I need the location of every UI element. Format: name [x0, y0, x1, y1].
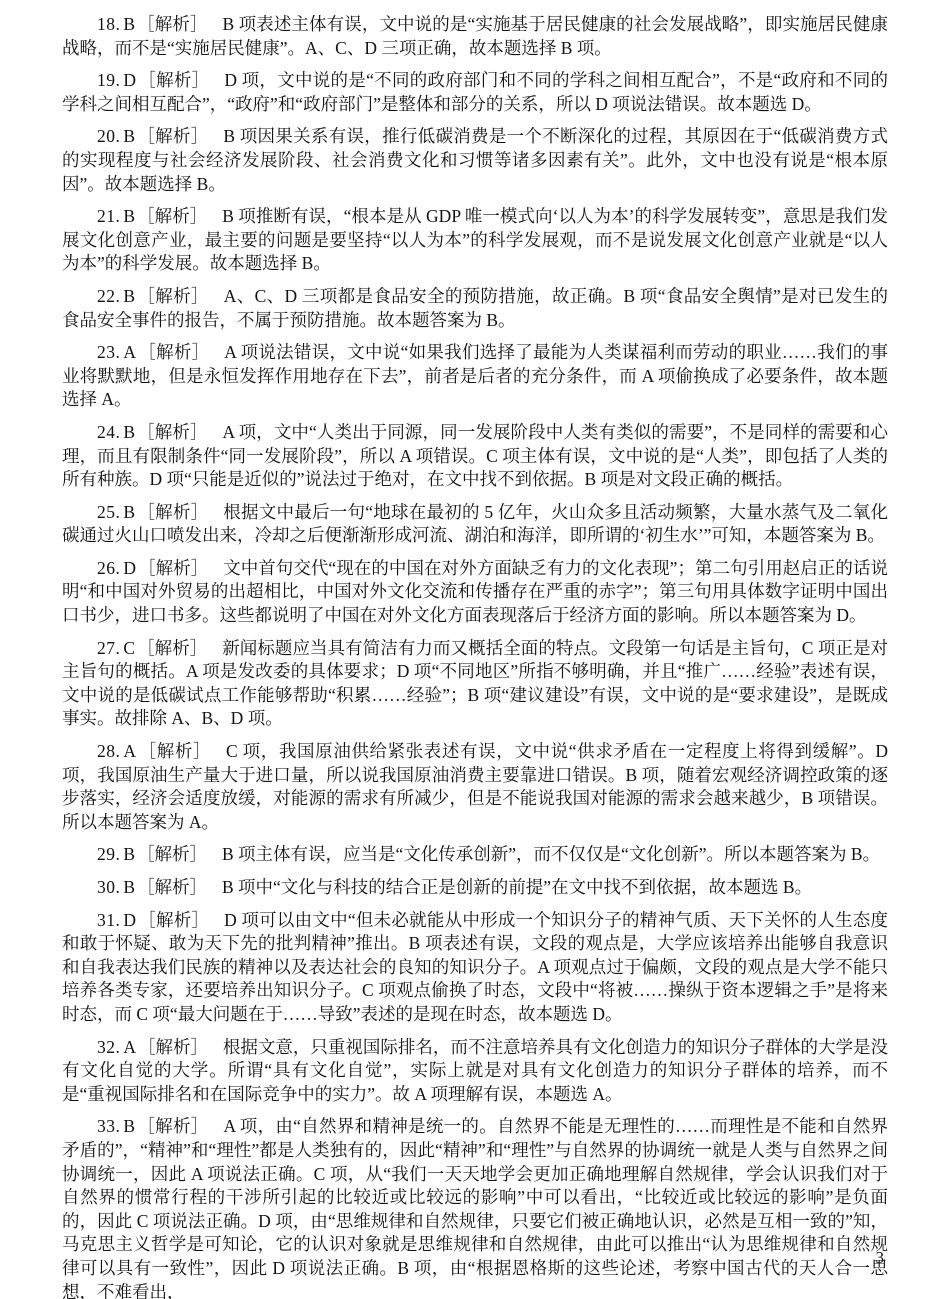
analysis-marker: ［解析］: [137, 206, 207, 226]
analysis-marker: ［解析］: [137, 877, 207, 897]
analysis-marker: ［解析］: [137, 286, 209, 306]
question-number: 21.: [97, 206, 120, 226]
answer-letter: B: [123, 877, 135, 897]
answer-letter: B: [123, 844, 135, 864]
answer-letter: D: [123, 70, 136, 90]
question-number: 24.: [97, 422, 120, 442]
explanation-q24: 24.B［解析］A 项，文中“人类出于同源，同一发展阶段中人类有类似的需要”，不…: [62, 421, 888, 492]
explanation-q22: 22.B［解析］A、C、D 三项都是食品安全的预防措施，故正确。B 项“食品安全…: [62, 285, 888, 332]
explanation-q33: 33.B［解析］A 项，由“自然界和精神是统一的。自然界不能是无理性的……而理性…: [62, 1115, 888, 1299]
question-number: 32.: [97, 1037, 120, 1057]
explanation-q26: 26.D［解析］文中首句交代“现在的中国在对外方面缺乏有力的文化表现”；第二句引…: [62, 557, 888, 628]
explanation-q29: 29.B［解析］B 项主体有误，应当是“文化传承创新”，而不仅仅是“文化创新”。…: [62, 843, 888, 867]
answer-letter: A: [123, 342, 136, 362]
question-number: 19.: [97, 70, 120, 90]
explanation-q31: 31.D［解析］D 项可以由文中“但未必就能从中形成一个知识分子的精神气质、天下…: [62, 909, 888, 1027]
question-number: 33.: [97, 1116, 120, 1136]
explanation-q20: 20.B［解析］B 项因果关系有误，推行低碳消费是一个不断深化的过程，其原因在于…: [62, 125, 888, 196]
question-number: 30.: [97, 877, 120, 897]
question-number: 26.: [97, 558, 120, 578]
question-number: 31.: [97, 910, 120, 930]
analysis-marker: ［解析］: [138, 1037, 208, 1057]
analysis-marker: ［解析］: [137, 14, 208, 34]
question-number: 29.: [97, 844, 120, 864]
analysis-text: B 项中“文化与科技的结合正是创新的前提”在文中找不到依据，故本题选 B。: [222, 877, 812, 897]
explanation-q28: 28.A［解析］C 项，我国原油供给紧张表述有误，文中说“供求矛盾在一定程度上将…: [62, 740, 888, 834]
analysis-marker: ［解析］: [137, 1116, 209, 1136]
answer-letter: B: [123, 126, 135, 146]
explanation-q18: 18.B［解析］B 项表述主体有误，文中说的是“实施基于居民健康的社会发展战略”…: [62, 13, 888, 60]
answer-letter: A: [123, 741, 136, 761]
analysis-marker: ［解析］: [138, 70, 209, 90]
answer-letter: B: [123, 286, 135, 306]
question-number: 28.: [97, 741, 120, 761]
analysis-marker: ［解析］: [137, 502, 208, 522]
explanation-q19: 19.D［解析］D 项，文中说的是“不同的政府部门和不同的学科之间相互配合”，不…: [62, 69, 888, 116]
analysis-marker: ［解析］: [138, 558, 208, 578]
analysis-marker: ［解析］: [137, 422, 208, 442]
explanation-q23: 23.A［解析］A 项说法错误，文中说“如果我们选择了最能为人类谋福利而劳动的职…: [62, 341, 888, 412]
question-number: 22.: [97, 286, 120, 306]
answer-letter: A: [123, 1037, 136, 1057]
answer-letter: C: [123, 638, 135, 658]
answer-letter: D: [123, 910, 136, 930]
analysis-marker: ［解析］: [138, 741, 211, 761]
answer-letter: B: [123, 14, 135, 34]
analysis-marker: ［解析］: [138, 910, 209, 930]
analysis-text: B 项主体有误，应当是“文化传承创新”，而不仅仅是“文化创新”。所以本题答案为 …: [222, 844, 880, 864]
question-number: 18.: [97, 14, 120, 34]
answer-letter: B: [123, 422, 135, 442]
analysis-marker: ［解析］: [137, 844, 207, 864]
question-number: 23.: [97, 342, 120, 362]
explanation-q27: 27.C［解析］新闻标题应当具有简洁有力而又概括全面的特点。文段第一句话是主旨句…: [62, 637, 888, 731]
page-number: 3: [876, 1248, 885, 1268]
explanation-q21: 21.B［解析］B 项推断有误，“根本是从 GDP 唯一模式向‘以人为本’的科学…: [62, 205, 888, 276]
question-number: 25.: [97, 502, 120, 522]
analysis-marker: ［解析］: [138, 342, 209, 362]
analysis-marker: ［解析］: [137, 638, 207, 658]
answer-letter: D: [123, 558, 136, 578]
answer-letter: B: [123, 1116, 135, 1136]
question-number: 20.: [97, 126, 120, 146]
answer-explanations-section: 18.B［解析］B 项表述主体有误，文中说的是“实施基于居民健康的社会发展战略”…: [0, 0, 950, 1299]
analysis-marker: ［解析］: [137, 126, 208, 146]
answer-letter: B: [123, 206, 135, 226]
question-number: 27.: [97, 638, 120, 658]
answer-letter: B: [123, 502, 135, 522]
explanation-q32: 32.A［解析］根据文意，只重视国际排名，而不注意培养具有文化创造力的知识分子群…: [62, 1036, 888, 1107]
explanation-q30: 30.B［解析］B 项中“文化与科技的结合正是创新的前提”在文中找不到依据，故本…: [62, 876, 888, 900]
analysis-text: A 项，由“自然界和精神是统一的。自然界不能是无理性的……而理性是不能和自然界矛…: [62, 1116, 888, 1299]
document-page: 18.B［解析］B 项表述主体有误，文中说的是“实施基于居民健康的社会发展战略”…: [0, 0, 950, 1299]
explanation-q25: 25.B［解析］根据文中最后一句“地球在最初的 5 亿年，火山众多且活动频繁，大…: [62, 501, 888, 548]
